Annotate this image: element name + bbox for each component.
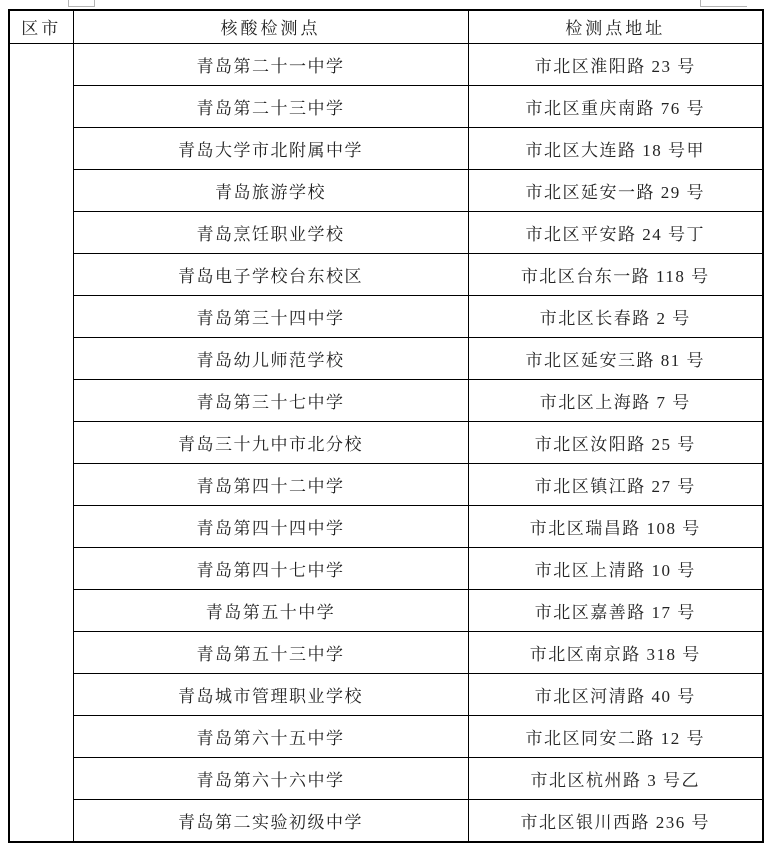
site-cell: 青岛第四十七中学 bbox=[73, 547, 468, 589]
site-cell: 青岛大学市北附属中学 bbox=[73, 127, 468, 169]
address-cell: 市北区平安路 24 号丁 bbox=[468, 211, 763, 253]
table-row: 青岛烹饪职业学校市北区平安路 24 号丁 bbox=[9, 211, 763, 253]
address-cell: 市北区上海路 7 号 bbox=[468, 379, 763, 421]
site-cell: 青岛第二实验初级中学 bbox=[73, 799, 468, 842]
address-cell: 市北区长春路 2 号 bbox=[468, 295, 763, 337]
header-address: 检测点地址 bbox=[468, 10, 763, 43]
site-cell: 青岛第二十一中学 bbox=[73, 43, 468, 85]
table-row: 青岛第二十三中学市北区重庆南路 76 号 bbox=[9, 85, 763, 127]
table-row: 青岛第三十四中学市北区长春路 2 号 bbox=[9, 295, 763, 337]
table-row: 青岛第五十中学市北区嘉善路 17 号 bbox=[9, 589, 763, 631]
site-cell: 青岛第五十三中学 bbox=[73, 631, 468, 673]
page: 区市 核酸检测点 检测点地址 青岛第二十一中学市北区淮阳路 23 号青岛第二十三… bbox=[0, 0, 772, 853]
table-row: 青岛第二十一中学市北区淮阳路 23 号 bbox=[9, 43, 763, 85]
site-cell: 青岛旅游学校 bbox=[73, 169, 468, 211]
site-cell: 青岛第六十五中学 bbox=[73, 715, 468, 757]
site-cell: 青岛城市管理职业学校 bbox=[73, 673, 468, 715]
address-cell: 市北区大连路 18 号甲 bbox=[468, 127, 763, 169]
header-row: 区市 核酸检测点 检测点地址 bbox=[9, 10, 763, 43]
site-cell: 青岛第三十四中学 bbox=[73, 295, 468, 337]
table-row: 青岛第四十二中学市北区镇江路 27 号 bbox=[9, 463, 763, 505]
table-body: 青岛第二十一中学市北区淮阳路 23 号青岛第二十三中学市北区重庆南路 76 号青… bbox=[9, 43, 763, 842]
site-cell: 青岛烹饪职业学校 bbox=[73, 211, 468, 253]
site-cell: 青岛第六十六中学 bbox=[73, 757, 468, 799]
address-cell: 市北区重庆南路 76 号 bbox=[468, 85, 763, 127]
table-row: 青岛幼儿师范学校市北区延安三路 81 号 bbox=[9, 337, 763, 379]
table-row: 青岛三十九中市北分校市北区汝阳路 25 号 bbox=[9, 421, 763, 463]
address-cell: 市北区嘉善路 17 号 bbox=[468, 589, 763, 631]
table-row: 青岛电子学校台东校区市北区台东一路 118 号 bbox=[9, 253, 763, 295]
address-cell: 市北区镇江路 27 号 bbox=[468, 463, 763, 505]
address-cell: 市北区银川西路 236 号 bbox=[468, 799, 763, 842]
table-row: 青岛第六十六中学市北区杭州路 3 号乙 bbox=[9, 757, 763, 799]
table-header: 区市 核酸检测点 检测点地址 bbox=[9, 10, 763, 43]
address-cell: 市北区瑞昌路 108 号 bbox=[468, 505, 763, 547]
site-cell: 青岛第四十二中学 bbox=[73, 463, 468, 505]
crop-artifact-right bbox=[700, 0, 747, 7]
table-row: 青岛第六十五中学市北区同安二路 12 号 bbox=[9, 715, 763, 757]
header-district: 区市 bbox=[9, 10, 73, 43]
table-row: 青岛城市管理职业学校市北区河清路 40 号 bbox=[9, 673, 763, 715]
table-row: 青岛第四十四中学市北区瑞昌路 108 号 bbox=[9, 505, 763, 547]
table-row: 青岛第三十七中学市北区上海路 7 号 bbox=[9, 379, 763, 421]
site-cell: 青岛第五十中学 bbox=[73, 589, 468, 631]
testing-sites-table: 区市 核酸检测点 检测点地址 青岛第二十一中学市北区淮阳路 23 号青岛第二十三… bbox=[8, 9, 764, 843]
address-cell: 市北区南京路 318 号 bbox=[468, 631, 763, 673]
site-cell: 青岛第四十四中学 bbox=[73, 505, 468, 547]
table-row: 青岛第四十七中学市北区上清路 10 号 bbox=[9, 547, 763, 589]
district-merged-cell bbox=[9, 43, 73, 842]
address-cell: 市北区台东一路 118 号 bbox=[468, 253, 763, 295]
crop-artifact-left bbox=[68, 0, 95, 7]
site-cell: 青岛幼儿师范学校 bbox=[73, 337, 468, 379]
address-cell: 市北区杭州路 3 号乙 bbox=[468, 757, 763, 799]
table-row: 青岛大学市北附属中学市北区大连路 18 号甲 bbox=[9, 127, 763, 169]
address-cell: 市北区淮阳路 23 号 bbox=[468, 43, 763, 85]
header-site: 核酸检测点 bbox=[73, 10, 468, 43]
address-cell: 市北区汝阳路 25 号 bbox=[468, 421, 763, 463]
table-row: 青岛旅游学校市北区延安一路 29 号 bbox=[9, 169, 763, 211]
site-cell: 青岛第二十三中学 bbox=[73, 85, 468, 127]
address-cell: 市北区上清路 10 号 bbox=[468, 547, 763, 589]
address-cell: 市北区河清路 40 号 bbox=[468, 673, 763, 715]
table-row: 青岛第五十三中学市北区南京路 318 号 bbox=[9, 631, 763, 673]
site-cell: 青岛第三十七中学 bbox=[73, 379, 468, 421]
site-cell: 青岛电子学校台东校区 bbox=[73, 253, 468, 295]
table-row: 青岛第二实验初级中学市北区银川西路 236 号 bbox=[9, 799, 763, 842]
address-cell: 市北区延安三路 81 号 bbox=[468, 337, 763, 379]
address-cell: 市北区同安二路 12 号 bbox=[468, 715, 763, 757]
address-cell: 市北区延安一路 29 号 bbox=[468, 169, 763, 211]
site-cell: 青岛三十九中市北分校 bbox=[73, 421, 468, 463]
